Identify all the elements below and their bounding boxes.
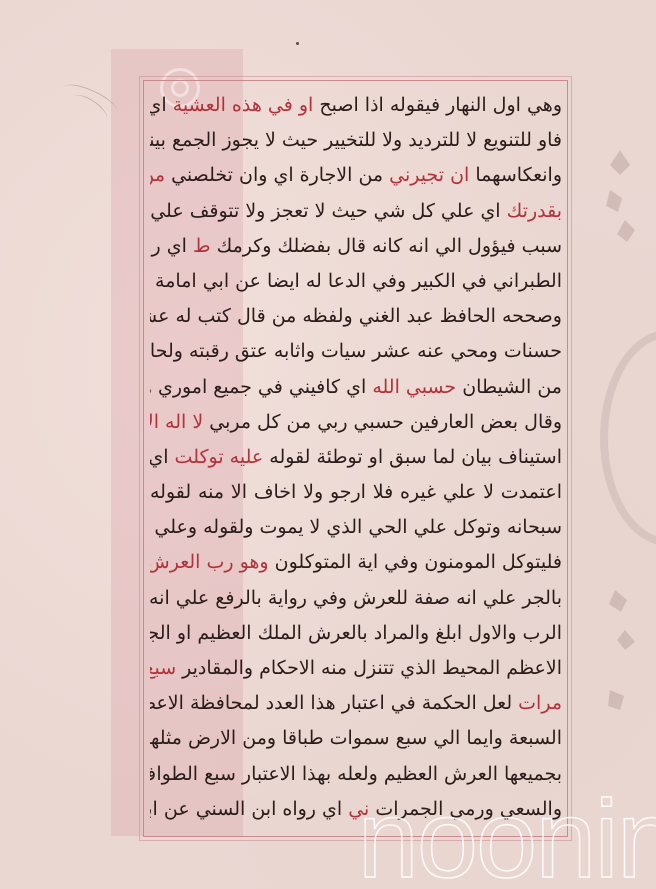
body-text: بالجر علي انه صفة للعرش وفي رواية بالرفع…	[150, 587, 562, 609]
rubric-text: سبع	[150, 657, 176, 679]
body-text: اي كافيني في جميع اموري هو الله	[150, 376, 372, 398]
manuscript-line: وقال بعض العارفين حسبي ربي من كل مربي لا…	[150, 405, 562, 440]
manuscript-line: فليتوكل المومنون وفي اية المتوكلون وهو ر…	[150, 545, 562, 580]
rubric-text: من النار	[150, 164, 165, 186]
manuscript-line: بقدرتك اي علي كل شي حيث لا تعجز ولا تتوق…	[150, 194, 562, 229]
body-text: اي اذا امسى	[150, 94, 173, 116]
rubric-text: حسبي الله	[372, 376, 456, 398]
body-text: استيناف بيان لما سبق او توطئة لقوله	[263, 446, 562, 468]
body-text: وهي اول النهار فيقوله اذا اصبح	[313, 94, 562, 116]
body-text: اي عليه	[150, 446, 175, 468]
manuscript-text: وهي اول النهار فيقوله اذا اصبح او في هذه…	[150, 88, 562, 828]
manuscript-line: وانعكاسهما ان تجيرني من الاجارة اي وان ت…	[150, 158, 562, 193]
manuscript-line: اعتمدت لا علي غيره فلا ارجو ولا اخاف الا…	[150, 475, 562, 510]
body-text: من الاجارة اي وان تخلصني	[165, 164, 389, 186]
rubric-text: عليه توكلت	[175, 446, 264, 468]
rubric-text: ان تجيرني	[389, 164, 469, 186]
body-text: لعل الحكمة في اعتبار هذا العدد لمحافظة ا…	[150, 692, 518, 714]
body-text: السبعة وايما الي سبع سموات طباقا ومن الا…	[150, 727, 562, 749]
rubric-text: لا اله الا هو	[150, 411, 203, 433]
body-text: اي علي كل شي حيث لا تعجز ولا تتوقف علي ح…	[150, 200, 507, 222]
body-text: اعتمدت لا علي غيره فلا ارجو ولا اخاف الا…	[150, 481, 562, 503]
manuscript-line: وهي اول النهار فيقوله اذا اصبح او في هذه…	[150, 88, 562, 123]
rubric-text: مرات	[518, 692, 562, 714]
brand-watermark: noonin	[358, 790, 656, 889]
rubric-text: وهو رب العرش العظيم	[150, 551, 269, 573]
manuscript-line: استيناف بيان لما سبق او توطئة لقوله عليه…	[150, 440, 562, 475]
body-text: سبب فيؤول الي انه كانه قال بفضلك وكرمك	[211, 235, 562, 257]
rubric-text: ط	[193, 235, 211, 257]
manuscript-line: السبعة وايما الي سبع سموات طباقا ومن الا…	[150, 721, 562, 756]
rubric-text: بقدرتك	[507, 200, 562, 222]
body-text: سبحانه وتوكل علي الحي الذي لا يموت ولقول…	[150, 516, 562, 538]
body-text: حسنات ومحي عنه عشر سيات واثابه عتق رقبته…	[150, 340, 562, 362]
body-text: وقال بعض العارفين حسبي ربي من كل مربي	[203, 411, 562, 433]
body-text: فاو للتنويع لا للترديد ولا للتخيير حيث ل…	[150, 129, 562, 151]
body-text: فليتوكل المومنون وفي اية المتوكلون	[269, 551, 562, 573]
manuscript-line: الرب والاول ابلغ والمراد بالعرش الملك ال…	[150, 616, 562, 651]
manuscript-line: مرات لعل الحكمة في اعتبار هذا العدد لمحا…	[150, 686, 562, 721]
manuscript-line: الاعظم المحيط الذي تتنزل منه الاحكام وال…	[150, 651, 562, 686]
body-text: من الشيطان	[456, 376, 562, 398]
manuscript-line: سبب فيؤول الي انه كانه قال بفضلك وكرمك ط…	[150, 229, 562, 264]
body-text: الاعظم المحيط الذي تتنزل منه الاحكام وال…	[176, 657, 562, 679]
faded-floral-ornament	[590, 130, 650, 750]
body-text: اي رواه ابن السني عن ابي الدرداء	[150, 798, 348, 820]
body-text: الطبراني في الكبير وفي الدعا له ايضا عن …	[150, 270, 562, 292]
body-text: وانعكاسهما	[469, 164, 562, 186]
manuscript-line: فاو للتنويع لا للترديد ولا للتخيير حيث ل…	[150, 123, 562, 158]
manuscript-line: وصححه الحافظ عبد الغني ولفظه من قال كتب …	[150, 299, 562, 334]
manuscript-line: بالجر علي انه صفة للعرش وفي رواية بالرفع…	[150, 581, 562, 616]
manuscript-line: من الشيطان حسبي الله اي كافيني في جميع ا…	[150, 370, 562, 405]
rubric-text: او في هذه العشية	[173, 94, 314, 116]
manuscript-line: حسنات ومحي عنه عشر سيات واثابه عتق رقبته…	[150, 334, 562, 369]
manuscript-line: سبحانه وتوكل علي الحي الذي لا يموت ولقول…	[150, 510, 562, 545]
body-text: وصححه الحافظ عبد الغني ولفظه من قال كتب …	[150, 305, 562, 327]
manuscript-line: الطبراني في الكبير وفي الدعا له ايضا عن …	[150, 264, 562, 299]
body-text: اي رواه	[150, 235, 193, 257]
ink-dot	[296, 42, 299, 45]
body-text: الرب والاول ابلغ والمراد بالعرش الملك ال…	[150, 622, 562, 644]
